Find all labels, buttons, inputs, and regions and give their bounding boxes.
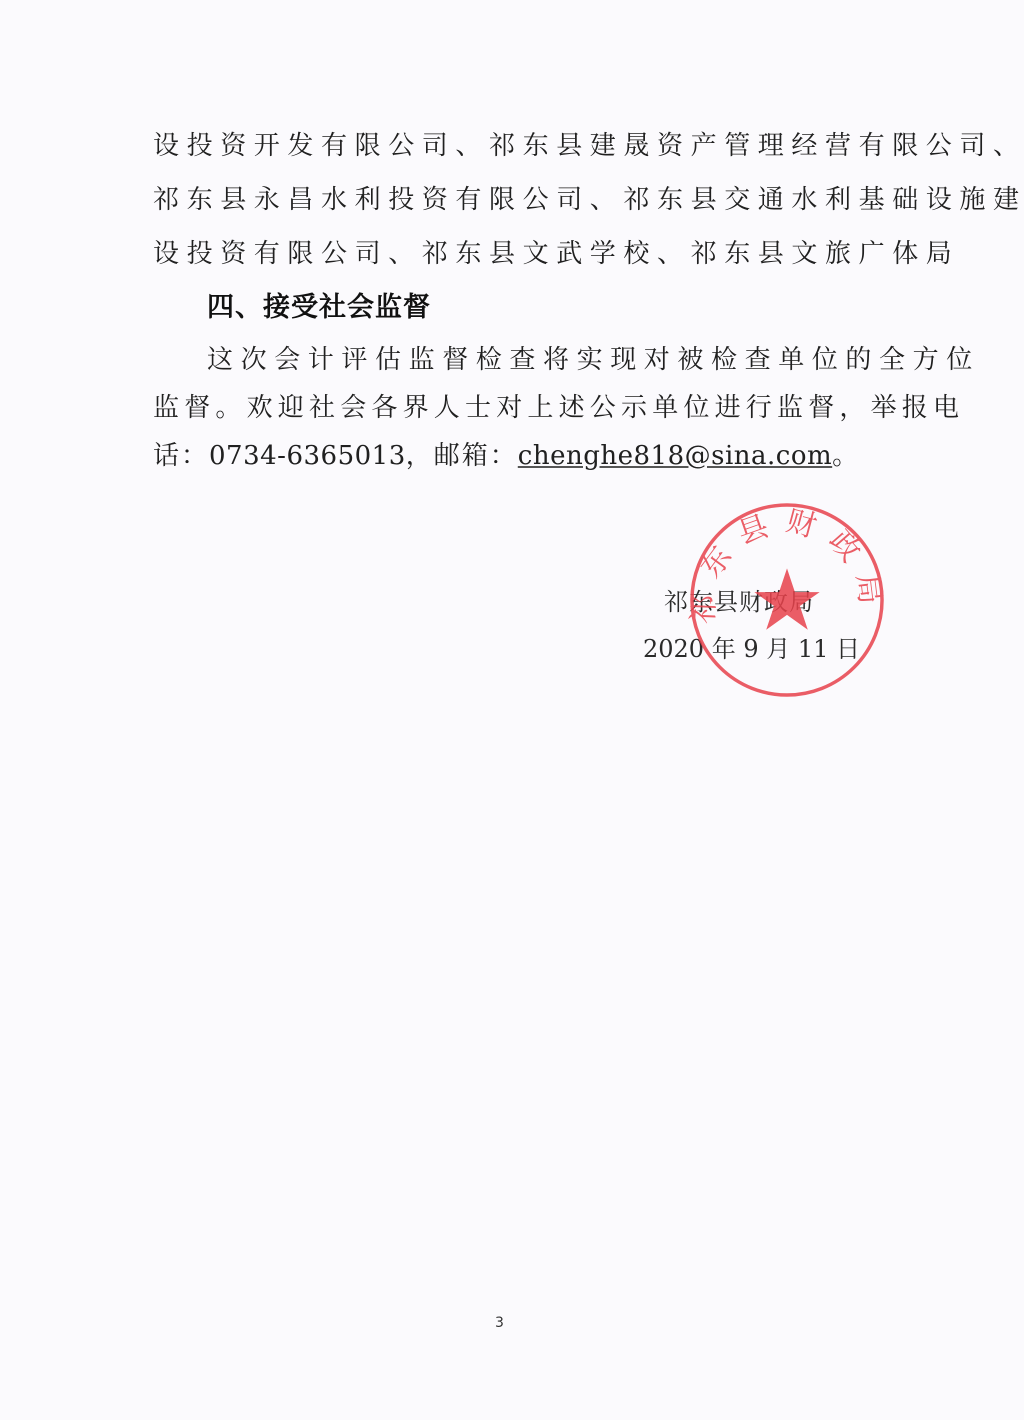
phone-label: 话： — [153, 441, 209, 471]
period: 。 — [832, 441, 860, 471]
paragraph-line-3: 话：0734-6365013，邮箱：chenghe818@sina.com。 — [153, 441, 860, 471]
document-page: 设投资开发有限公司、祁东县建晟资产管理经营有限公司、 祁东县永昌水利投资有限公司… — [0, 0, 1024, 1420]
phone-number: 0734-6365013 — [209, 441, 406, 471]
email-label: ，邮箱： — [406, 441, 518, 471]
paragraph-line-1: 这次会计评估监督检查将实现对被检查单位的全方位 — [207, 345, 980, 375]
body-line-2: 祁东县永昌水利投资有限公司、祁东县交通水利基础设施建 — [153, 185, 1024, 215]
body-line-3: 设投资有限公司、祁东县文武学校、祁东县文旅广体局 — [153, 239, 959, 269]
official-seal-icon: 祁东县财政局 — [688, 501, 886, 699]
paragraph-line-2: 监督。欢迎社会各界人士对上述公示单位进行监督，举报电 — [153, 393, 964, 423]
section-heading: 四、接受社会监督 — [207, 292, 431, 324]
page-number: 3 — [495, 1315, 504, 1331]
body-line-1: 设投资开发有限公司、祁东县建晟资产管理经营有限公司、 — [153, 131, 1024, 161]
email-link[interactable]: chenghe818@sina.com — [518, 441, 832, 471]
